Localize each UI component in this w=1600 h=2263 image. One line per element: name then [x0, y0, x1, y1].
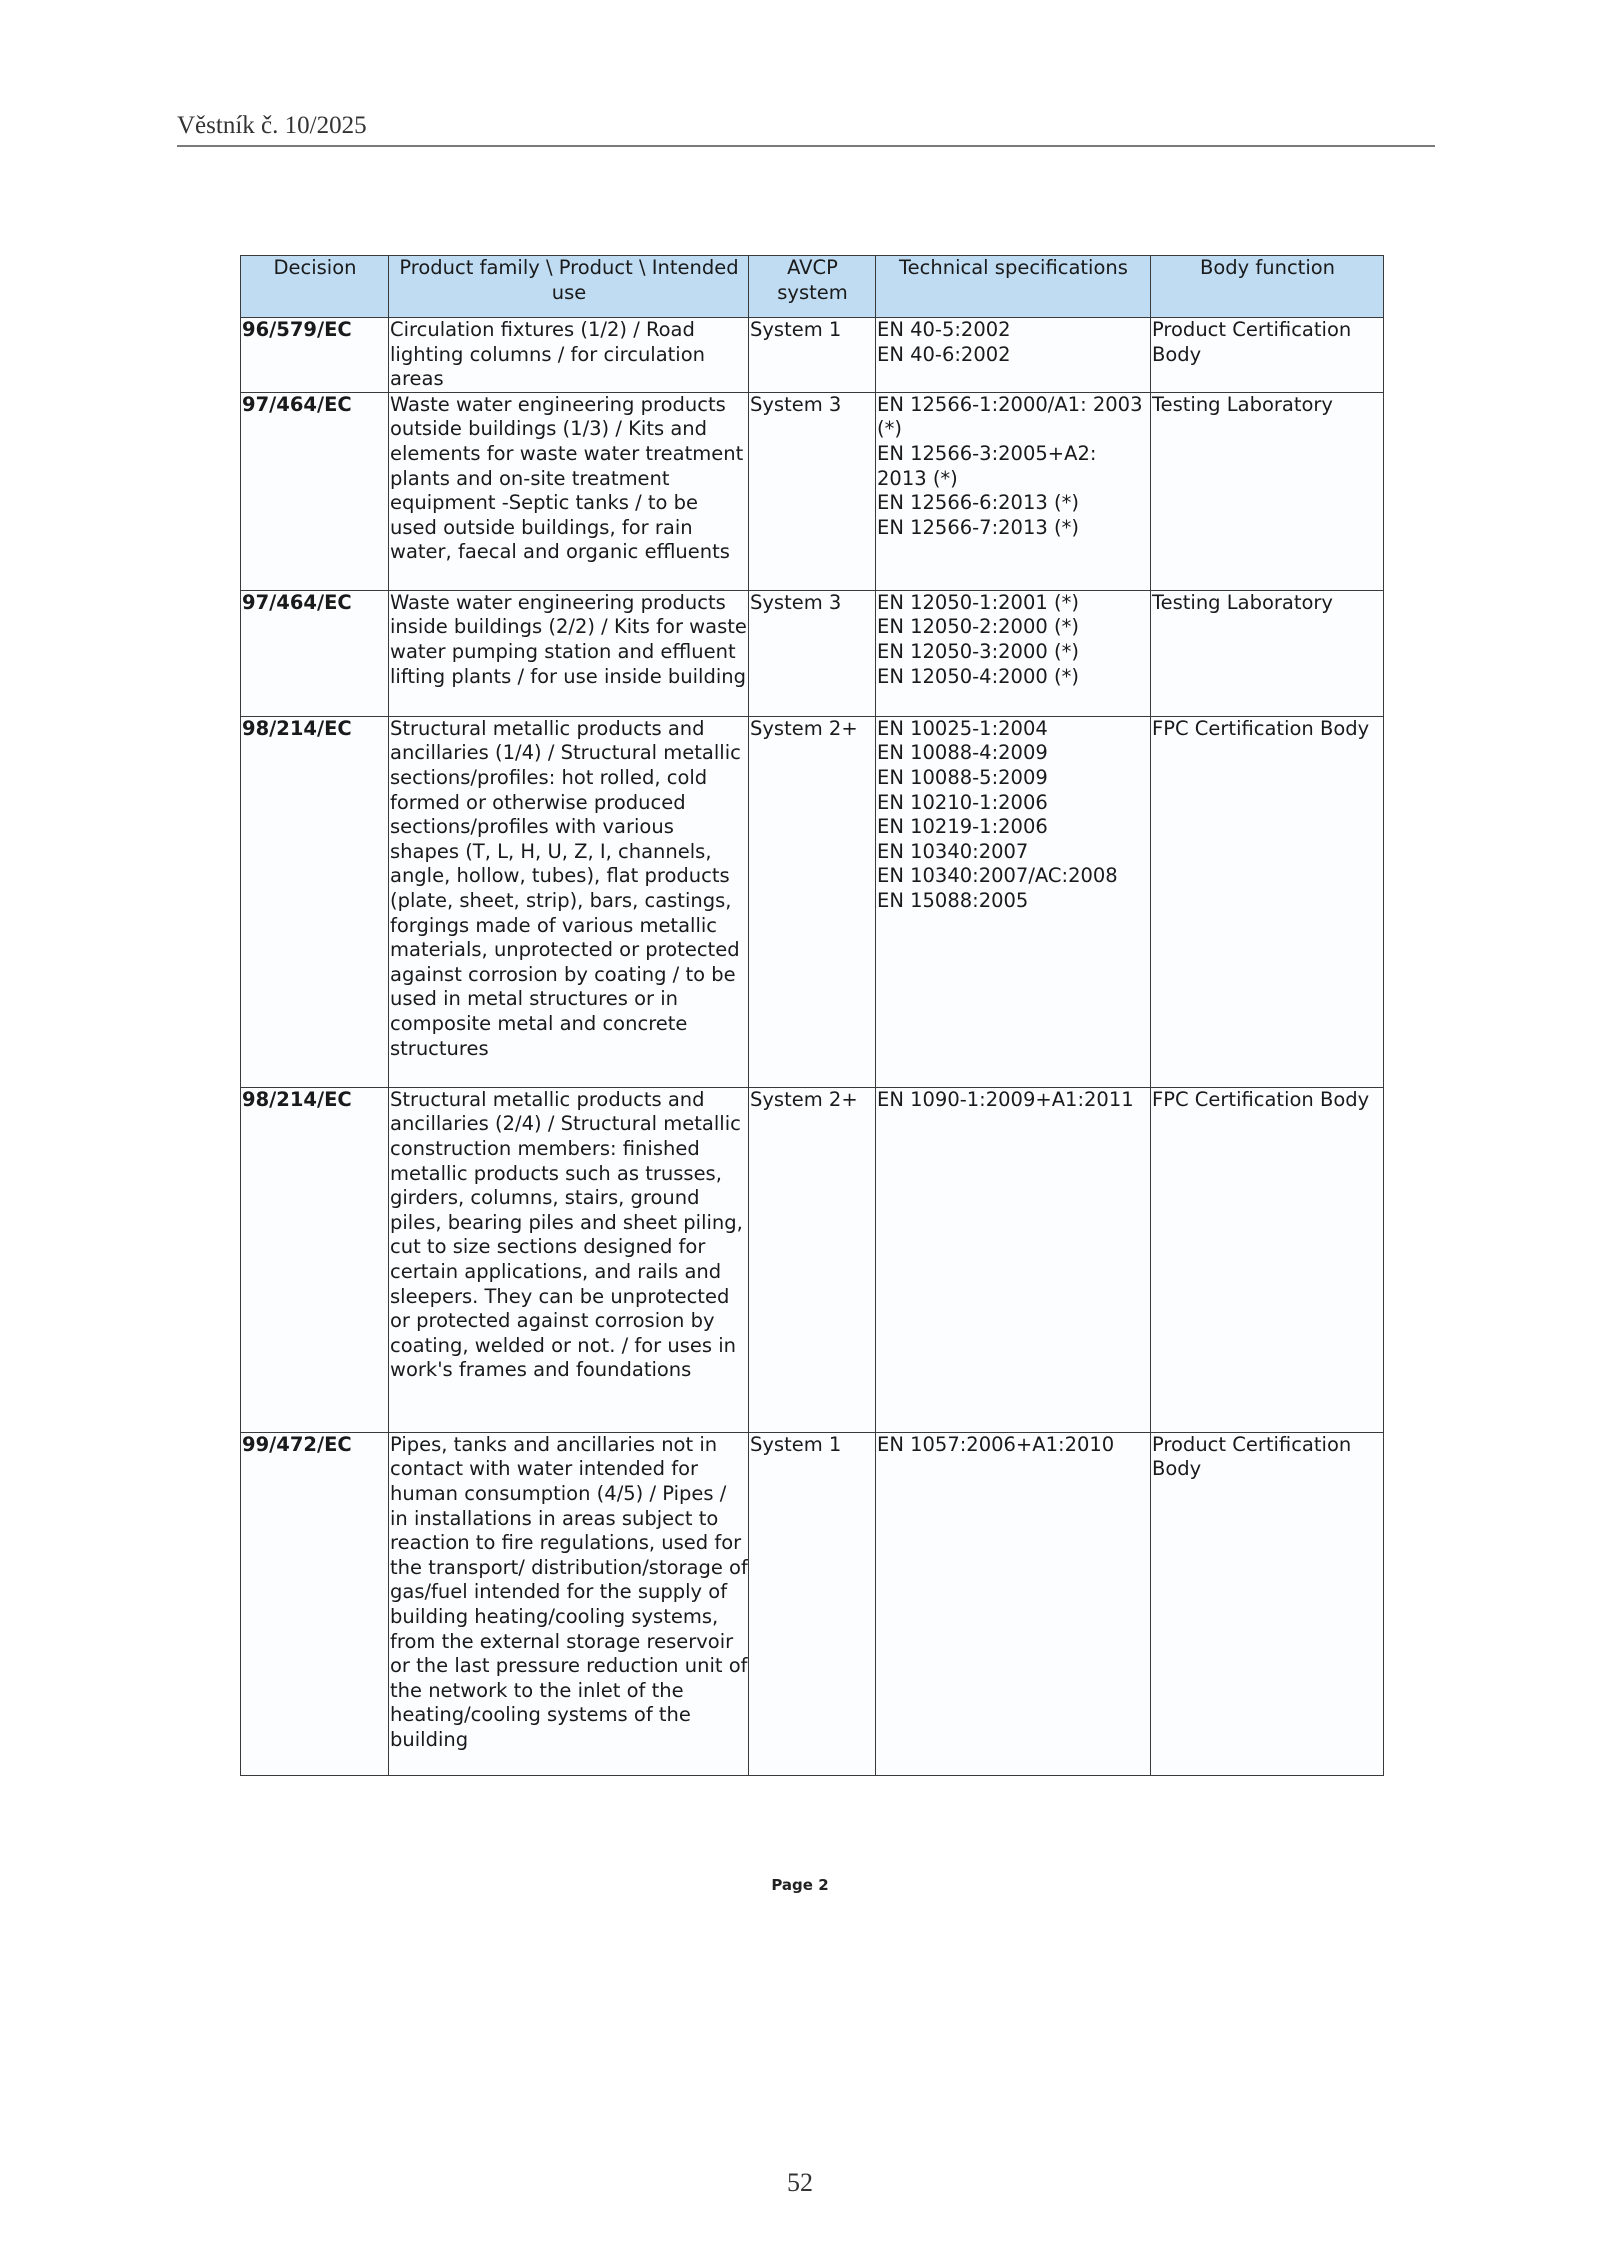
- specification-item: EN 12566-1:2000/A1: 2003 (*): [877, 393, 1150, 442]
- specification-item: EN 10210-1:2006: [877, 791, 1150, 816]
- table-row: 99/472/EC Pipes, tanks and ancillaries n…: [241, 1432, 1384, 1775]
- product-cell: Circulation fixtures (1/2) / Road lighti…: [389, 318, 749, 393]
- decision-cell: 97/464/EC: [241, 590, 389, 716]
- decision-cell: 98/214/EC: [241, 1087, 389, 1432]
- decision-cell: 97/464/EC: [241, 392, 389, 590]
- running-title: Věstník č. 10/2025: [177, 112, 367, 140]
- specification-item: EN 10088-4:2009: [877, 741, 1150, 766]
- specification-item: EN 1057:2006+A1:2010: [877, 1433, 1150, 1458]
- specification-item: EN 10219-1:2006: [877, 815, 1150, 840]
- specifications-cell: EN 12566-1:2000/A1: 2003 (*) EN 12566-3:…: [876, 392, 1151, 590]
- table-row: 97/464/EC Waste water engineering produc…: [241, 392, 1384, 590]
- page-number: 52: [0, 2168, 1600, 2198]
- decision-cell: 96/579/EC: [241, 318, 389, 393]
- specifications-cell: EN 1057:2006+A1:2010: [876, 1432, 1151, 1775]
- body-function-cell: Product Certification Body: [1151, 1432, 1384, 1775]
- product-cell: Waste water engineering products outside…: [389, 392, 749, 590]
- specification-item: EN 12050-3:2000 (*): [877, 640, 1150, 665]
- product-cell: Structural metallic products and ancilla…: [389, 1087, 749, 1432]
- product-cell: Structural metallic products and ancilla…: [389, 716, 749, 1087]
- avcp-cell: System 2+: [749, 716, 876, 1087]
- column-header-decision: Decision: [241, 256, 389, 318]
- table-header-row: Decision Product family \ Product \ Inte…: [241, 256, 1384, 318]
- specification-item: EN 12050-1:2001 (*): [877, 591, 1150, 616]
- specification-item: EN 12050-2:2000 (*): [877, 615, 1150, 640]
- specifications-cell: EN 10025-1:2004 EN 10088-4:2009 EN 10088…: [876, 716, 1151, 1087]
- avcp-cell: System 3: [749, 392, 876, 590]
- column-header-body-function: Body function: [1151, 256, 1384, 318]
- body-function-cell: FPC Certification Body: [1151, 716, 1384, 1087]
- specification-item: EN 12566-7:2013 (*): [877, 516, 1150, 541]
- column-header-specifications: Technical specifications: [876, 256, 1151, 318]
- specification-item: EN 12566-6:2013 (*): [877, 491, 1150, 516]
- table-row: 98/214/EC Structural metallic products a…: [241, 716, 1384, 1087]
- specification-item: EN 10340:2007: [877, 840, 1150, 865]
- avcp-cell: System 2+: [749, 1087, 876, 1432]
- body-function-cell: Product Certification Body: [1151, 318, 1384, 393]
- avcp-cell: System 3: [749, 590, 876, 716]
- product-cell: Waste water engineering products inside …: [389, 590, 749, 716]
- table-row: 96/579/EC Circulation fixtures (1/2) / R…: [241, 318, 1384, 393]
- product-cell: Pipes, tanks and ancillaries not in cont…: [389, 1432, 749, 1775]
- column-header-avcp: AVCP system: [749, 256, 876, 318]
- specification-item: EN 40-5:2002: [877, 318, 1150, 343]
- column-header-product: Product family \ Product \ Intended use: [389, 256, 749, 318]
- specification-item: EN 1090-1:2009+A1:2011: [877, 1088, 1150, 1113]
- decision-cell: 99/472/EC: [241, 1432, 389, 1775]
- avcp-cell: System 1: [749, 1432, 876, 1775]
- specification-item: EN 10088-5:2009: [877, 766, 1150, 791]
- header-rule: [177, 145, 1435, 147]
- table-row: 97/464/EC Waste water engineering produc…: [241, 590, 1384, 716]
- decision-cell: 98/214/EC: [241, 716, 389, 1087]
- avcp-cell: System 1: [749, 318, 876, 393]
- body-function-cell: FPC Certification Body: [1151, 1087, 1384, 1432]
- page-label: Page 2: [0, 1876, 1600, 1894]
- table-row: 98/214/EC Structural metallic products a…: [241, 1087, 1384, 1432]
- specifications-cell: EN 1090-1:2009+A1:2011: [876, 1087, 1151, 1432]
- body-function-cell: Testing Laboratory: [1151, 590, 1384, 716]
- specification-item: EN 12566-3:2005+A2: 2013 (*): [877, 442, 1150, 491]
- body-function-cell: Testing Laboratory: [1151, 392, 1384, 590]
- specification-item: EN 12050-4:2000 (*): [877, 665, 1150, 690]
- specifications-cell: EN 12050-1:2001 (*) EN 12050-2:2000 (*) …: [876, 590, 1151, 716]
- specification-item: EN 15088:2005: [877, 889, 1150, 914]
- specification-item: EN 10340:2007/AC:2008: [877, 864, 1150, 889]
- specifications-table: Decision Product family \ Product \ Inte…: [240, 255, 1384, 1776]
- specification-item: EN 40-6:2002: [877, 343, 1150, 368]
- specifications-cell: EN 40-5:2002 EN 40-6:2002: [876, 318, 1151, 393]
- specification-item: EN 10025-1:2004: [877, 717, 1150, 742]
